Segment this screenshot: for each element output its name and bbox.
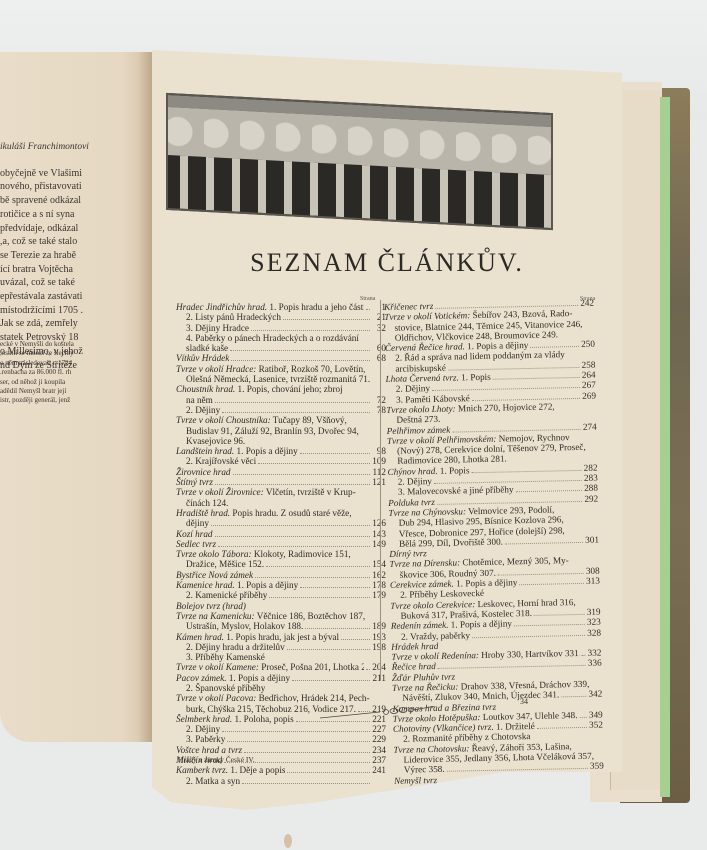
toc-leader-dots — [300, 453, 370, 454]
left-page-header: ikuláši Franchimontovi — [0, 141, 140, 155]
toc-leader-dots — [341, 639, 370, 640]
toc-entry-subtitle: Mnich 270, Hojovice 272, — [456, 401, 555, 413]
toc-entry-text: Kámen hrad. 1. Popis hradu, jak jest a b… — [176, 632, 339, 642]
toc-entry-text: Žirovnice hrad — [176, 467, 231, 477]
toc-page-number: 98 — [372, 446, 386, 456]
toc-leader-dots — [230, 350, 370, 351]
toc-entry-subtitle: Hroby 330, Hartvíkov 331. — [479, 648, 580, 660]
toc-leader-dots — [366, 669, 370, 670]
toc-entry-subtitle: 2. Dějiny — [186, 724, 220, 734]
toc-entry: Tvrze na Kamenicku: Věčnice 186, Boztěch… — [176, 611, 386, 621]
toc-page-number: 359 — [590, 761, 604, 772]
toc-page-number: 211 — [372, 673, 386, 683]
toc-entry-text: Tvrze okolo Tábora: Klokoty, Radimovice … — [176, 549, 351, 559]
toc-entry-subtitle: 1. Popis a dějiny — [227, 673, 291, 683]
toc-entry-subtitle: Tučapy 89, Všňový, — [271, 415, 347, 425]
toc-entry: Kvasejovice 96. — [176, 436, 386, 446]
toc-entry-title: Tvrze okolo Lhoty: — [386, 403, 456, 414]
toc-entry-text: Budislav 91, Záluží 92, Branlín 93, Dvoř… — [176, 426, 359, 436]
toc-leader-dots — [269, 597, 370, 598]
toc-entry: Landštein hrad. 1. Popis a dějiny98 — [176, 446, 386, 456]
toc-entry-subtitle: 3. Dějiny Hradce — [186, 323, 249, 333]
toc-entry-subtitle: 1. Popis — [459, 372, 491, 383]
toc-entry-title: Lhota Červená tvrz. — [386, 373, 459, 385]
toc-leader-dots — [227, 741, 370, 742]
toc-page-number: 267 — [582, 380, 596, 391]
toc-entry: Tvrze v okolí Žirovnice: Vlčetín, tvrziš… — [176, 487, 386, 497]
left-page-footnotes: ecké v Nemyšli do kostelaostnli se mnozí… — [0, 340, 78, 406]
toc-entry-text: 2. Dějiny hradu a držitelův — [176, 642, 285, 652]
toc-page-number: 301 — [585, 534, 599, 545]
toc-entry-text: čínách 124. — [176, 498, 228, 508]
left-page-footnote-line: o něm následovali r. 1724 — [0, 359, 78, 368]
toc-entry-title: Tvrze v okolí Žirovnice: — [176, 487, 264, 497]
toc-entry: Bolejov tvrz (hrad) — [176, 601, 386, 611]
toc-leader-dots — [530, 346, 579, 348]
toc-entry-subtitle: 1. Popis hradu a jeho částí — [267, 302, 364, 312]
toc-page-number: 323 — [587, 617, 601, 628]
toc-entry-subtitle: na něm — [186, 395, 213, 405]
toc-entry-subtitle: Věčnice 186, Boztěchov 187, — [255, 611, 366, 621]
toc-page-number: 204 — [372, 662, 386, 672]
toc-leader-dots — [366, 309, 370, 310]
toc-page-number: 109 — [372, 456, 386, 466]
toc-entry-subtitle: 2. Matka a syn — [186, 776, 240, 786]
left-page-line: Jak se zdá, zemřely — [0, 317, 140, 331]
toc-page-number: 352 — [589, 720, 603, 731]
toc-entry-text: na něm — [176, 395, 213, 405]
toc-entry: Vítkův Hrádek68 — [176, 353, 386, 363]
toc-entry-subtitle: Dražice, Měšice 152. — [186, 559, 264, 569]
page-title: SEZNAM ČLÁNKŮV. — [152, 248, 622, 278]
toc-entry-subtitle: 3. Paběrky — [186, 734, 225, 744]
footer-signature: Hrady a zámky České IV. — [178, 755, 255, 764]
toc-entry-title: Vítkův Hrádek — [176, 353, 229, 363]
toc-entry-text: Pacov zámek. 1. Popis a dějiny — [176, 673, 290, 683]
toc-leader-dots — [493, 377, 580, 380]
toc-entry-text: 3. Dějiny Hradce — [176, 323, 249, 333]
toc-entry-title: Voštce hrad a tvrz — [176, 745, 242, 755]
toc-entry-title: Tvrze okolo Tábora: — [176, 549, 252, 559]
toc-entry-subtitle: Popis hradu. Z osudů staré věže, — [230, 508, 351, 518]
toc-entry-text: Tvrze v okolí Žirovnice: Vlčetín, tvrziš… — [176, 487, 356, 497]
toc-entry-text: Výrec 358. — [394, 764, 445, 775]
toc-leader-dots — [581, 655, 585, 656]
toc-page-number: 332 — [587, 648, 601, 659]
toc-entry-subtitle: Leskovec, Horní hrad 316, — [475, 597, 576, 609]
toc-entry-title: Kamberk tvrz. — [176, 765, 228, 775]
toc-entry-subtitle: Proseč, Pošna 201, Lhotka 203. — [259, 662, 364, 672]
toc-page-number: 112 — [372, 467, 386, 477]
left-page-line: ící bratra Vojtěcha — [0, 263, 140, 277]
toc-entry-text: 2. Krajířovské věci — [176, 456, 256, 466]
toc-entry-text: 2. Dějiny — [176, 724, 220, 734]
toc-entry-text: Dražice, Měšice 152. — [176, 559, 264, 569]
toc-entry-title: Polduka tvrz — [388, 497, 435, 508]
toc-entry-subtitle: 1. Popis hradu, jak jest a býval — [224, 632, 339, 642]
toc-leader-dots — [283, 319, 370, 320]
toc-leader-dots — [242, 783, 370, 784]
toc-entry-subtitle: 1. Popis a dějiny — [235, 580, 299, 590]
toc-entry-title: Šelmberk hrad. — [176, 714, 232, 724]
toc-entry-subtitle: Deštná 273. — [396, 414, 440, 425]
toc-entry-text: 2. Matka a syn — [176, 776, 240, 786]
toc-page-number: 78 — [372, 405, 386, 415]
toc-entry-title: Tvrze v okolí Pacova: — [176, 693, 256, 703]
toc-entry-text: Tvrze v okolí Pacova: Bedřichov, Hrádek … — [176, 693, 370, 703]
toc-entry-text: Hradec Jindřichův hrad. 1. Popis hradu a… — [176, 302, 364, 312]
toc-entry-title: Žirovnice hrad — [176, 467, 231, 477]
toc-page-number: 237 — [372, 755, 386, 765]
toc-entry: Tvrze v okolí Pacova: Bedřichov, Hrádek … — [176, 693, 386, 703]
left-page-line: předvídaje, odkázal — [0, 222, 140, 236]
toc-leader-dots — [300, 587, 370, 588]
toc-leader-dots — [516, 490, 582, 492]
toc-page-number: 269 — [582, 390, 596, 401]
toc-page-number: 349 — [589, 709, 603, 720]
toc-entry-text: 3. Paběrky — [176, 734, 225, 744]
toc-entry-subtitle: 1. Popis a dějiny — [234, 446, 298, 456]
toc-entry: 2. Dějiny227 — [176, 724, 386, 734]
toc-entry-subtitle: arcibiskupské — [395, 363, 446, 374]
toc-entry-subtitle: Ratiboř, Rozkoš 70, Lovětín, — [256, 364, 365, 374]
toc-entry: na něm72 — [176, 395, 386, 405]
toc-entry: Kamenice hrad. 1. Popis a dějiny178 — [176, 580, 386, 590]
toc-entry-subtitle: Chotěmice, Mezný 305, My- — [460, 556, 569, 568]
toc-entry: Tvrze okolo Tábora: Klokoty, Radimovice … — [176, 549, 386, 559]
toc-entry-subtitle: 3. Malovecovské a jiné příběhy — [398, 485, 514, 497]
toc-entry-subtitle: Klokoty, Radimovice 151, — [252, 549, 351, 559]
toc-leader-dots — [514, 624, 585, 626]
toc-leader-dots — [222, 731, 370, 732]
toc-entry-title: Bystřice Nová zámek — [176, 570, 253, 580]
toc-entry-title: Landštein hrad. — [176, 446, 234, 456]
toc-page-number: 258 — [581, 359, 595, 370]
toc-entry-title: Řečice hrad — [392, 661, 436, 672]
toc-entry-subtitle: Kvasejovice 96. — [186, 436, 245, 446]
toc-entry: Voštce hrad a tvrz234 — [176, 745, 386, 755]
toc-entry-title: Dírný tvrz — [389, 548, 427, 559]
toc-leader-dots — [231, 360, 370, 361]
toc-leader-dots — [244, 752, 370, 753]
toc-leader-dots — [266, 566, 370, 567]
toc-entry: 3. Paběrky229 — [176, 734, 386, 744]
toc-entry-subtitle: 4. Paběrky o pánech Hradeckých a o rozdá… — [186, 333, 359, 343]
toc-entry-subtitle: 3. Příběhy Kamenské — [186, 652, 265, 662]
toc-entry-text: Kozí hrad — [176, 529, 213, 539]
left-page-line: obyčejně ve Vlašimi — [0, 167, 140, 181]
left-page-line: a, což se také stalo, — [0, 235, 140, 249]
toc-entry-text: Šelmberk hrad. 1. Poloha, popis — [176, 714, 294, 724]
toc-entry-subtitle: 1. Popis — [437, 465, 469, 476]
toc-entry-subtitle: Bedřichov, Hrádek 214, Pech- — [256, 693, 369, 703]
toc-page-number: 328 — [587, 627, 601, 638]
toc-entry: 4. Paběrky o pánech Hradeckých a o rozdá… — [176, 333, 386, 343]
toc-page-number: 68 — [372, 353, 386, 363]
toc-entry-title: Hradec Jindřichův hrad. — [176, 302, 267, 312]
toc-entry: Olešná Německá, Lasenice, tvrziště rozma… — [176, 374, 386, 384]
toc-entry-subtitle: Vlčetín, tvrziště v Krup- — [264, 487, 356, 497]
toc-leader-dots — [222, 412, 370, 413]
toc-entry-title: Tvrze na Kamenicku: — [176, 611, 255, 621]
toc-entry-text: Tvrze v okolí Choustníka: Tučapy 89, Všň… — [176, 415, 347, 425]
toc-entry-text: sladké kaše — [176, 343, 228, 353]
toc-entry: 2. Španovské příběhy — [176, 683, 386, 693]
toc-entry-text: Hradiště hrad. Popis hradu. Z osudů star… — [176, 508, 352, 518]
toc-entry: Bystřice Nová zámek162 — [176, 570, 386, 580]
toc-entry: sladké kaše60 — [176, 343, 386, 353]
toc-entry: 2. Listy pánů Hradeckých21 — [176, 312, 386, 322]
toc-entry-subtitle: Loutkov 347, Ulehle 348. — [480, 710, 577, 722]
left-page-line: se Terezie za hrabě — [0, 249, 140, 263]
toc-entry-subtitle: 1. Popis, chování jeho; zbroj — [235, 384, 342, 394]
toc-entry: Pacov zámek. 1. Popis a dějiny211 — [176, 673, 386, 683]
toc-entry-text: Bolejov tvrz (hrad) — [176, 601, 246, 611]
toc-entry-title: Křičenec tvrz — [384, 301, 433, 312]
toc-page-number: 143 — [372, 529, 386, 539]
toc-entry: Kamberk tvrz. 1. Děje a popis241 — [176, 765, 386, 775]
toc-page-number: 288 — [584, 483, 598, 494]
toc-leader-dots — [215, 536, 370, 537]
toc-leader-dots — [292, 680, 370, 681]
toc-leader-dots — [519, 583, 584, 585]
toc-entry-subtitle: 1. Držitelé — [494, 721, 535, 732]
ornament-divider-icon — [320, 706, 435, 720]
toc-entry-text: Nemyšl tvrz — [394, 775, 437, 786]
toc-entry-text: Choustník hrad. 1. Popis, chování jeho; … — [176, 384, 343, 394]
toc-entry-title: Bolejov tvrz (hrad) — [176, 601, 246, 611]
toc-entry-text: Tvrze v okolí Hradce: Ratiboř, Rozkoš 70… — [176, 364, 365, 374]
toc-entry-subtitle: 2. Dějiny — [398, 476, 432, 487]
toc-page-number: 282 — [583, 462, 597, 473]
toc-page-number: 292 — [584, 493, 598, 504]
toc-page-number: 126 — [372, 518, 386, 528]
left-page-line: nového, přistavovati — [0, 180, 140, 194]
toc-entry-title: Tvrze v okolí Redenína: — [391, 650, 479, 662]
left-page-footnote-line: ecké v Nemyšli do kostela — [0, 340, 78, 349]
left-page-footnote-line: adědil Nemyšl bratr její — [0, 387, 78, 396]
left-page-line: bě spravené odkázal — [0, 194, 140, 208]
toc-entry-title: Štítný tvrz — [176, 477, 213, 487]
toc-entry-subtitle: 1. Popis a dějiny — [448, 619, 512, 630]
left-page-line: uvázal, což se také — [0, 276, 140, 290]
toc-entry: Choustník hrad. 1. Popis, chování jeho; … — [176, 384, 386, 394]
toc-leader-dots — [296, 721, 370, 722]
toc-entry: Budislav 91, Záluží 92, Branlín 93, Dvoř… — [176, 426, 386, 436]
toc-entry-subtitle: 1. Poloha, popis — [232, 714, 294, 724]
toc-entry-title: Kozí hrad — [176, 529, 213, 539]
toc-page-number: 242 — [580, 298, 594, 309]
toc-entry-subtitle: 2. Krajířovské věci — [186, 456, 256, 466]
toc-entry-text: 3. Příběhy Kamenské — [176, 652, 265, 662]
toc-entry: čínách 124. — [176, 498, 386, 508]
left-page-gutter — [138, 52, 152, 742]
toc-entry-text: 2. Listy pánů Hradeckých — [176, 312, 281, 322]
toc-entry-text: Landštein hrad. 1. Popis a dějiny — [176, 446, 298, 456]
lace-tassel-engraving — [166, 93, 553, 230]
toc-leader-dots — [233, 474, 370, 475]
paper-stain — [284, 834, 292, 848]
toc-page-number: 121 — [372, 477, 386, 487]
toc-entry-title: Tvrze v okolí Hradce: — [176, 364, 256, 374]
toc-entry-text: Bystřice Nová zámek — [176, 570, 253, 580]
toc-entry-text: 2. Dějiny — [176, 405, 220, 415]
toc-entry: Dražice, Měšice 152.154 — [176, 559, 386, 569]
toc-page-number: 234 — [372, 745, 386, 755]
toc-entry-title: Kamenice hrad. — [176, 580, 235, 590]
toc-leader-dots — [537, 727, 587, 729]
toc-leader-dots — [534, 614, 585, 616]
toc-entry-subtitle: 2. Kamenické příběhy — [186, 590, 267, 600]
toc-entry: Tvrze v okolí Kamene: Proseč, Pošna 201,… — [176, 662, 386, 672]
toc-entry-text: 2. Kamenické příběhy — [176, 590, 267, 600]
toc-entry-title: Choustník hrad. — [176, 384, 235, 394]
toc-leader-dots — [215, 484, 370, 485]
toc-entry-subtitle: čínách 124. — [186, 498, 228, 508]
toc-entry-title: Hradiště hrad. — [176, 508, 230, 518]
toc-leader-dots — [305, 628, 370, 629]
toc-entry-subtitle: 2. Španovské příběhy — [186, 683, 265, 693]
toc-page-number: 179 — [372, 590, 386, 600]
toc-entry-subtitle: Budislav 91, Záluží 92, Branlín 93, Dvoř… — [186, 426, 359, 436]
toc-page-number: 250 — [581, 339, 595, 350]
toc-entry-text: Kamberk tvrz. 1. Děje a popis — [176, 765, 285, 775]
toc-entry-text: Ustrašín, Myslov, Holakov 188. — [176, 621, 303, 631]
page-number: 34 — [520, 697, 528, 706]
toc-entry: Ustrašín, Myslov, Holakov 188.189 — [176, 621, 386, 631]
toc-entry: dějiny126 — [176, 518, 386, 528]
toc-entry-subtitle: 1. Popis a dějiny — [454, 577, 518, 588]
toc-leader-dots — [255, 577, 370, 578]
toc-entry: Štítný tvrz121 — [176, 477, 386, 487]
left-page-line: rotičice a s ní syna — [0, 208, 140, 222]
toc-page-number: 149 — [372, 539, 386, 549]
toc-entry-subtitle: Olešná Německá, Lasenice, tvrziště rozma… — [186, 374, 370, 384]
toc-page-number: 198 — [372, 642, 386, 652]
toc-entry-text: 2. Španovské příběhy — [176, 683, 265, 693]
toc-entry-title: Tvrze v okolí Choustníka: — [176, 415, 271, 425]
toc-entry-subtitle: 2. Dějiny — [396, 383, 430, 394]
toc-entry-subtitle: Výrec 358. — [404, 764, 445, 775]
toc-entry-subtitle: sladké kaše — [186, 343, 228, 353]
toc-entry-subtitle: 2. Vraždy, paběrky — [401, 630, 470, 641]
toc-leader-dots — [251, 330, 370, 331]
toc-entry-title: Hrádek hrad — [391, 641, 438, 652]
toc-page-number: 313 — [586, 576, 600, 587]
toc-leader-dots — [561, 696, 586, 698]
left-page-footnote-line: renbacha za 86.000 fl. rh. — [0, 368, 78, 377]
left-page-footnote-line: ostnli se mnozí ze šlechty, — [0, 349, 78, 358]
toc-page-number: 193 — [372, 632, 386, 642]
toc-entry: 2. Dějiny hradu a držitelův198 — [176, 642, 386, 652]
toc-entry-subtitle: dějiny — [186, 518, 209, 528]
toc-entry: 2. Dějiny78 — [176, 405, 386, 415]
toc-entry-text: Tvrze na Kamenicku: Věčnice 186, Boztěch… — [176, 611, 365, 621]
toc-leader-dots — [215, 402, 370, 403]
toc-entry-title: Sedlec tvrz — [176, 539, 216, 549]
toc-entry-subtitle: 1. Děje a popis — [228, 765, 285, 775]
toc-entry: 3. Příběhy Kamenské — [176, 652, 386, 662]
cover-green-edge — [660, 97, 670, 797]
toc-leader-dots — [505, 542, 583, 545]
toc-leader-dots — [218, 546, 370, 547]
toc-entry-text: Štítný tvrz — [176, 477, 213, 487]
toc-page-number: 178 — [372, 580, 386, 590]
toc-leader-dots — [498, 573, 584, 576]
toc-page-number: 60 — [372, 343, 386, 353]
toc-page-number: 342 — [588, 689, 602, 700]
toc-entry: Hradec Jindřichův hrad. 1. Popis hradu a… — [176, 302, 386, 312]
toc-entry-title: Kámen hrad. — [176, 632, 224, 642]
toc-entry-text: 4. Paběrky o pánech Hradeckých a o rozdá… — [176, 333, 359, 343]
toc-entry: 2. Matka a syn — [176, 776, 386, 786]
toc-entry-text: Kvasejovice 96. — [176, 436, 245, 446]
toc-entry: 2. Kamenické příběhy179 — [176, 590, 386, 600]
toc-page-number: 227 — [372, 724, 386, 734]
left-page-line: . 1705 místodržícími — [0, 304, 140, 318]
left-page-footnote-line: ser, od něhož ji koupila — [0, 378, 78, 387]
toc-entry: Hradiště hrad. Popis hradu. Z osudů star… — [176, 508, 386, 518]
left-page-line: epřestávala zastávati — [0, 290, 140, 304]
toc-page-number: 154 — [372, 559, 386, 569]
toc-page-number: 72 — [372, 395, 386, 405]
toc-entry-title: Chýnov hrad. — [387, 466, 437, 477]
toc-page-number: 308 — [586, 565, 600, 576]
toc-page-number: 241 — [372, 765, 386, 775]
toc-leader-dots — [287, 649, 370, 650]
toc-entry: Tvrze v okolí Choustníka: Tučapy 89, Všň… — [176, 415, 386, 425]
toc-entry-text: Kamenice hrad. 1. Popis a dějiny — [176, 580, 298, 590]
toc-entry: Žirovnice hrad112 — [176, 467, 386, 477]
toc-leader-dots — [287, 772, 370, 773]
toc-entry: Kozí hrad143 — [176, 529, 386, 539]
toc-entry-text: Lhota Červená tvrz. 1. Popis — [386, 372, 491, 384]
toc-page-number: 189 — [372, 621, 386, 631]
toc-entry-subtitle: 2. Listy pánů Hradeckých — [186, 312, 281, 322]
toc-leader-dots — [258, 463, 370, 464]
toc-entry: 3. Dějiny Hradce32 — [176, 323, 386, 333]
toc-entry-subtitle: 2. Dějiny — [186, 405, 220, 415]
toc-entry-title: Nemyšl tvrz — [394, 775, 437, 786]
toc-page-number: 336 — [588, 658, 602, 669]
toc-entry-subtitle: Bělá 299, Díl, Dvořiště 300. — [399, 536, 503, 548]
toc-page-number: 283 — [584, 473, 598, 484]
toc-page-number: 162 — [372, 570, 386, 580]
toc-entry-text: Sedlec tvrz — [176, 539, 216, 549]
toc-entry: Kámen hrad. 1. Popis hradu, jak jest a b… — [176, 632, 386, 642]
toc-entry-subtitle: Ustrašín, Myslov, Holakov 188. — [186, 621, 303, 631]
toc-entry-subtitle: 2. Dějiny hradu a držitelův — [186, 642, 285, 652]
toc-entry-text: Tvrze v okolí Kamene: Proseč, Pošna 201,… — [176, 662, 364, 672]
toc-entry-text: Olešná Německá, Lasenice, tvrziště rozma… — [176, 374, 370, 384]
toc-entry: Sedlec tvrz149 — [176, 539, 386, 549]
toc-entry-title: Pacov zámek. — [176, 673, 227, 683]
left-page-footnote-line: istr, později generál, jenž — [0, 396, 78, 405]
left-page-body: ikuláši Franchimontovi obyčejně ve Vlaši… — [0, 141, 140, 372]
toc-entry-text: Voštce hrad a tvrz — [176, 745, 242, 755]
column-divider — [380, 300, 381, 680]
toc-leader-dots — [579, 717, 586, 718]
toc-page-number: 319 — [586, 606, 600, 617]
toc-entry-text: dějiny — [176, 518, 209, 528]
toc-page-number: 264 — [581, 370, 595, 381]
toc-leader-dots — [211, 525, 370, 526]
toc-page-number: 274 — [583, 421, 597, 432]
toc-entry: Tvrze v okolí Hradce: Ratiboř, Rozkoš 70… — [176, 364, 386, 374]
toc-entry-text: Vítkův Hrádek — [176, 353, 229, 363]
toc-page-number: 229 — [372, 734, 386, 744]
toc-entry: 2. Krajířovské věci109 — [176, 456, 386, 466]
